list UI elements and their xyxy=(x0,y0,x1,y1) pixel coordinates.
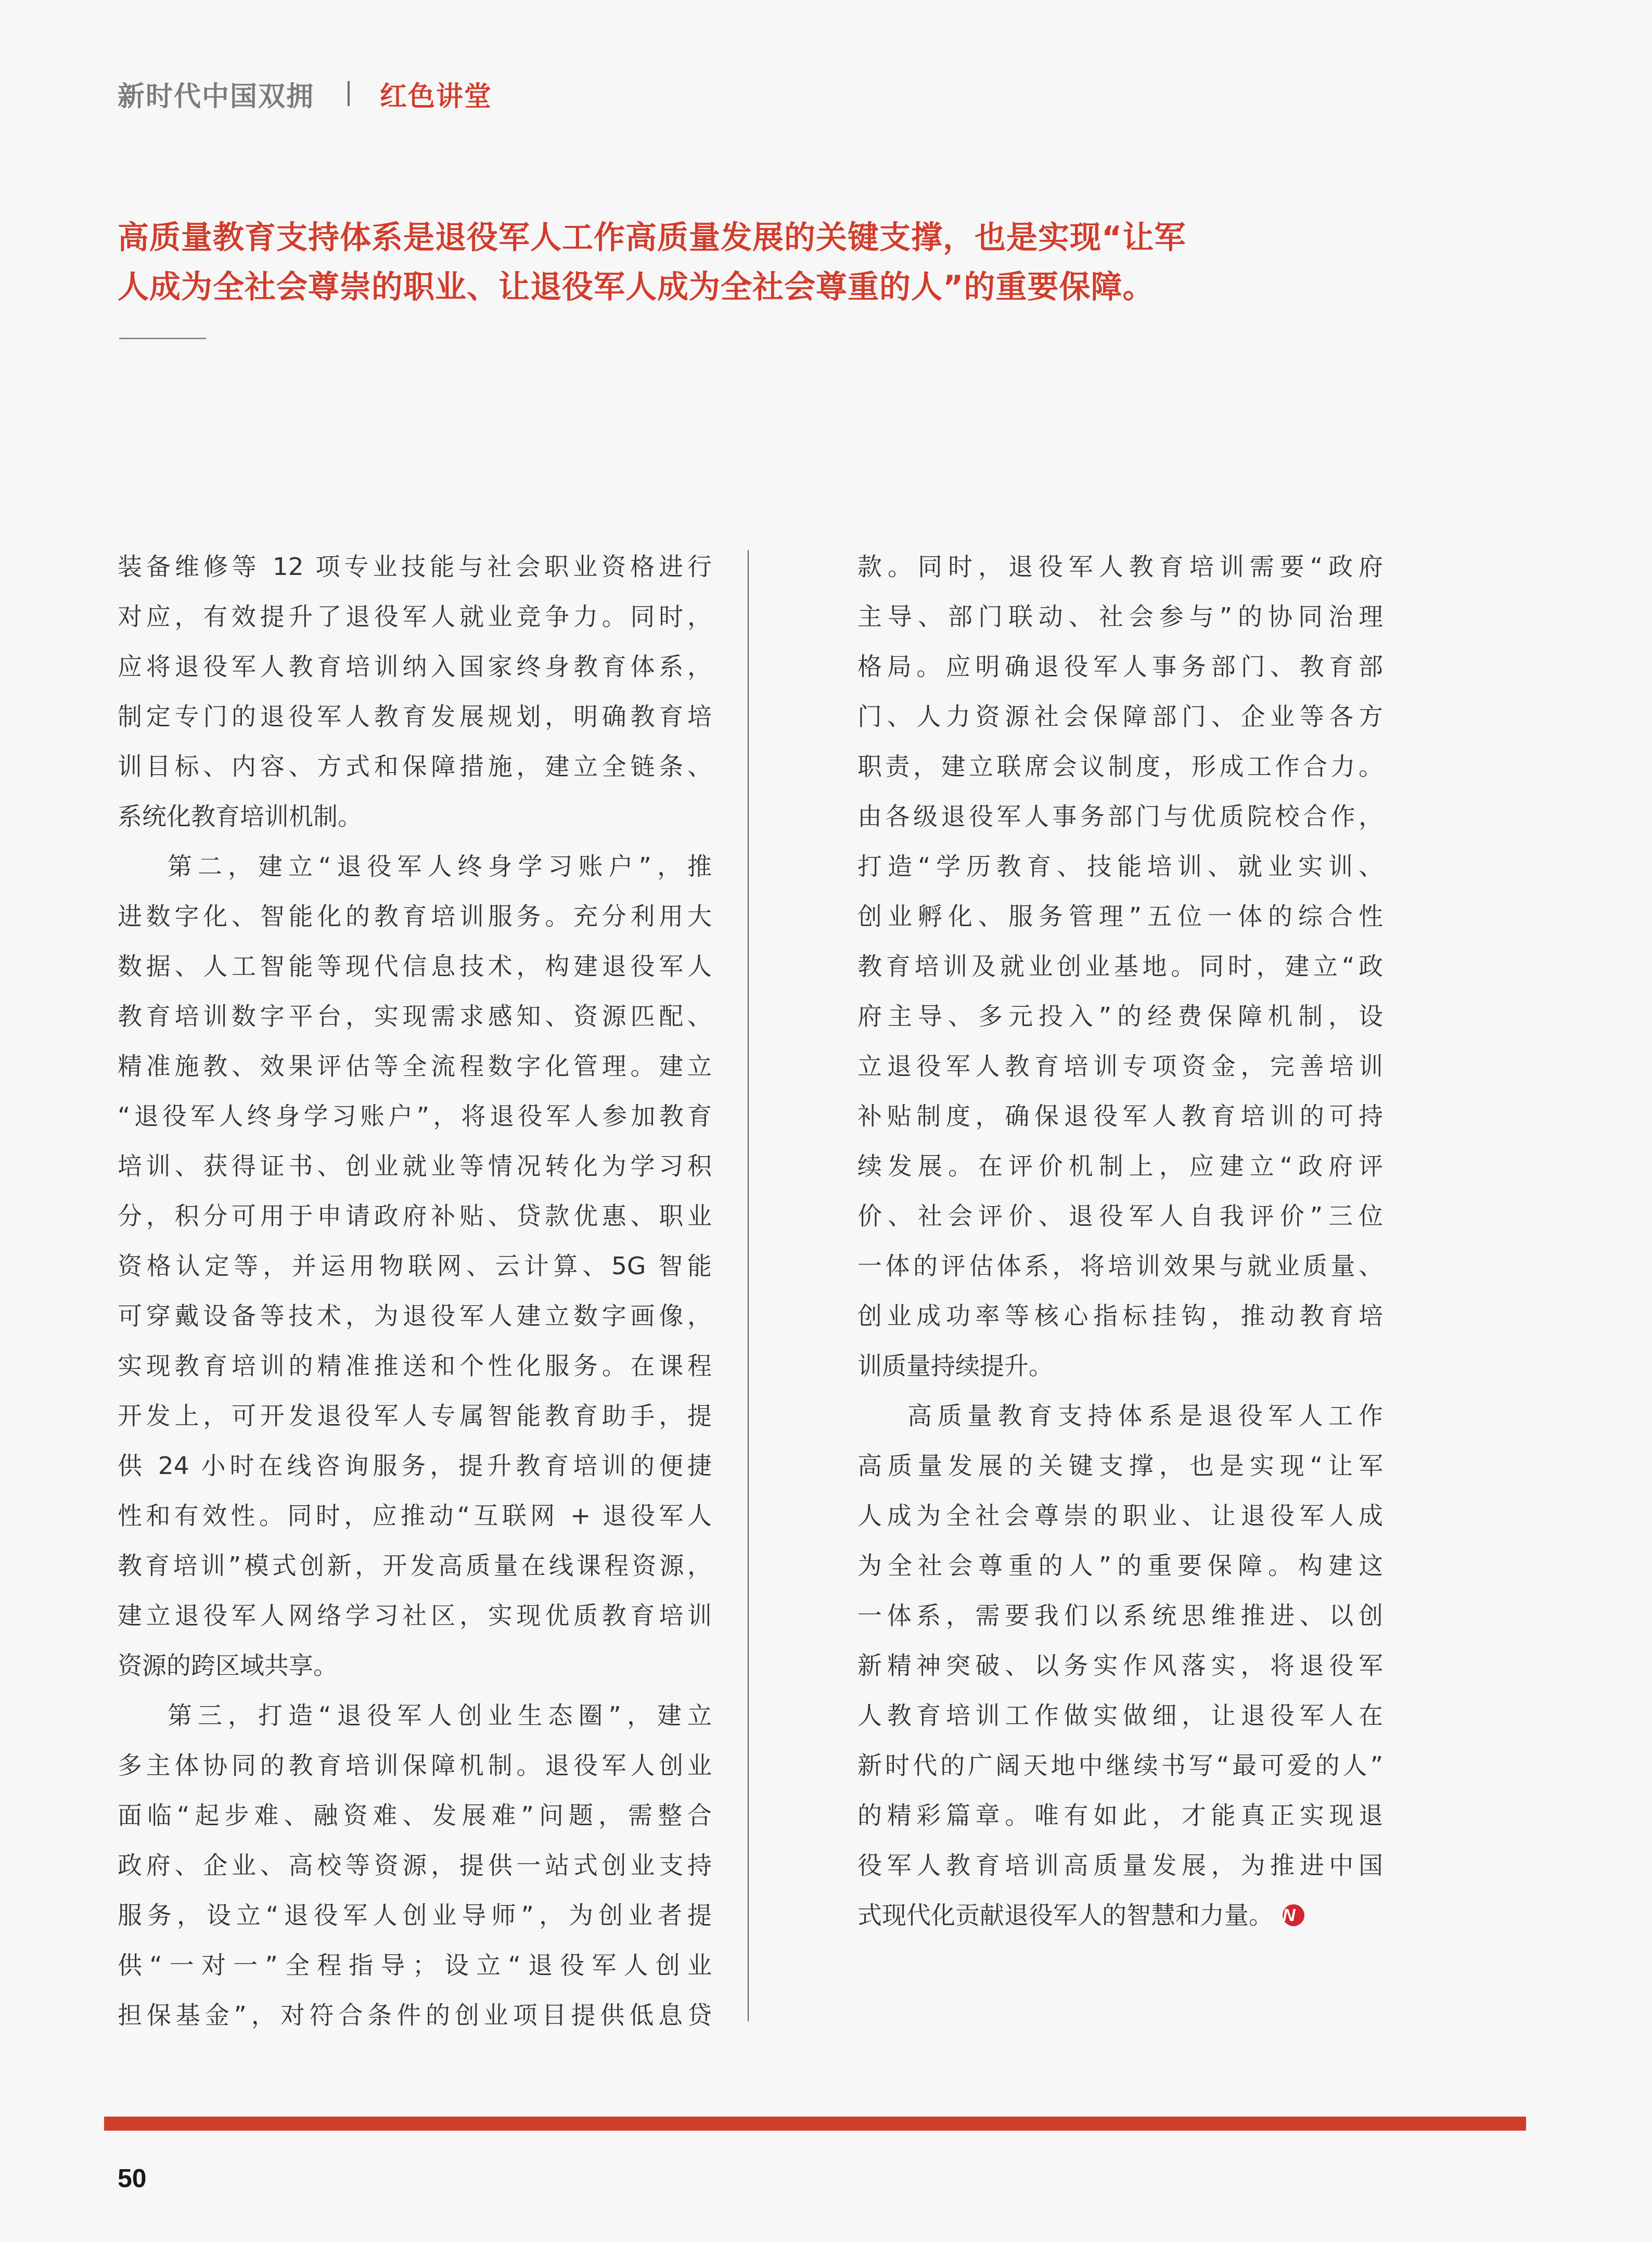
final-line: 式现代化贡献退役军人的智慧和力量。N xyxy=(857,1891,1383,1941)
text-line: 续发展。在评价机制上，应建立“政府评 xyxy=(857,1142,1383,1192)
text-line: 装备维修等 12 项专业技能与社会职业资格进行 xyxy=(118,542,712,592)
text-line: 为全社会尊重的人”的重要保障。构建这 xyxy=(857,1541,1383,1591)
column-divider xyxy=(748,550,749,2021)
text-line: 役军人教育培训高质量发展，为推进中国 xyxy=(857,1841,1383,1891)
header-separator xyxy=(348,81,350,106)
text-line: 主导、部门联动、社会参与”的协同治理 xyxy=(857,592,1383,642)
page-number: 50 xyxy=(118,2163,147,2194)
text-line: 打造“学历教育、技能培训、就业实训、 xyxy=(857,842,1383,892)
text-line: 格局。应明确退役军人事务部门、教育部 xyxy=(857,642,1383,692)
text-line: 政府、企业、高校等资源，提供一站式创业支持 xyxy=(118,1841,712,1891)
text-line: 新时代的广阔天地中继续书写“最可爱的人” xyxy=(857,1741,1383,1791)
paragraph-start: 第三，打造“退役军人创业生态圈”，建立 xyxy=(118,1691,712,1741)
body-column-right: 款。同时，退役军人教育培训需要“政府 主导、部门联动、社会参与”的协同治理 格局… xyxy=(857,542,1383,1941)
text-line: 价、社会评价、退役军人自我评价”三位 xyxy=(857,1192,1383,1241)
text-line: 府主导、多元投入”的经费保障机制，设 xyxy=(857,992,1383,1042)
text-line: 建立退役军人网络学习社区，实现优质教育培训 xyxy=(118,1591,712,1641)
text-line: 对应，有效提升了退役军人就业竞争力。同时， xyxy=(118,592,712,642)
text-line: 款。同时，退役军人教育培训需要“政府 xyxy=(857,542,1383,592)
pull-quote: 高质量教育支持体系是退役军人工作高质量发展的关键支撑，也是实现“让军 人成为全社… xyxy=(118,213,1314,312)
text-line: 培训、获得证书、创业就业等情况转化为学习积 xyxy=(118,1142,712,1192)
pull-quote-rule xyxy=(119,338,206,339)
text-line: 分，积分可用于申请政府补贴、贷款优惠、职业 xyxy=(118,1192,712,1241)
text-line: 制定专门的退役军人教育发展规划，明确教育培 xyxy=(118,692,712,742)
magazine-name: 新时代中国双拥 xyxy=(118,74,314,113)
body-column-left: 装备维修等 12 项专业技能与社会职业资格进行 对应，有效提升了退役军人就业竞争… xyxy=(118,542,712,2041)
n-logo-icon: N xyxy=(1283,1904,1304,1926)
text-line: 面临“起步难、融资难、发展难”问题，需整合 xyxy=(118,1791,712,1841)
text-line: 补贴制度，确保退役军人教育培训的可持 xyxy=(857,1092,1383,1142)
text-line: 训目标、内容、方式和保障措施，建立全链条、 xyxy=(118,742,712,792)
running-header: 新时代中国双拥 红色讲堂 xyxy=(118,73,492,114)
text-line: 系统化教育培训机制。 xyxy=(118,792,712,842)
text-line: 人成为全社会尊崇的职业、让退役军人成 xyxy=(857,1491,1383,1541)
text-line: 教育培训”模式创新，开发高质量在线课程资源， xyxy=(118,1541,712,1591)
text-line: 创业成功率等核心指标挂钩，推动教育培 xyxy=(857,1291,1383,1341)
paragraph-start: 第二，建立“退役军人终身学习账户”，推 xyxy=(118,842,712,892)
text-line: 服务，设立“退役军人创业导师”，为创业者提 xyxy=(118,1891,712,1941)
text-line: “退役军人终身学习账户”，将退役军人参加教育 xyxy=(118,1092,712,1142)
text-line: 教育培训及就业创业基地。同时，建立“政 xyxy=(857,942,1383,992)
text-line: 的精彩篇章。唯有如此，才能真正实现退 xyxy=(857,1791,1383,1841)
pull-quote-line: 人成为全社会尊崇的职业、让退役军人成为全社会尊重的人”的重要保障。 xyxy=(118,263,1314,312)
text-line: 可穿戴设备等技术，为退役军人建立数字画像， xyxy=(118,1291,712,1341)
pull-quote-line: 高质量教育支持体系是退役军人工作高质量发展的关键支撑，也是实现“让军 xyxy=(118,213,1314,263)
text-line: 供“一对一”全程指导；设立“退役军人创业 xyxy=(118,1941,712,1991)
text-line: 高质量发展的关键支撑，也是实现“让军 xyxy=(857,1441,1383,1491)
text-line: 应将退役军人教育培训纳入国家终身教育体系， xyxy=(118,642,712,692)
text-line: 由各级退役军人事务部门与优质院校合作， xyxy=(857,792,1383,842)
text-line: 新精神突破、以务实作风落实，将退役军 xyxy=(857,1641,1383,1691)
text-line: 精准施教、效果评估等全流程数字化管理。建立 xyxy=(118,1042,712,1092)
text-line: 立退役军人教育培训专项资金，完善培训 xyxy=(857,1042,1383,1092)
text-line: 数据、人工智能等现代信息技术，构建退役军人 xyxy=(118,942,712,992)
text-line: 式现代化贡献退役军人的智慧和力量。 xyxy=(857,1901,1273,1930)
text-line: 创业孵化、服务管理”五位一体的综合性 xyxy=(857,892,1383,942)
text-line: 资格认定等，并运用物联网、云计算、5G 智能 xyxy=(118,1241,712,1291)
text-line: 供 24 小时在线咨询服务，提升教育培训的便捷 xyxy=(118,1441,712,1491)
text-line: 资源的跨区域共享。 xyxy=(118,1641,712,1691)
text-line: 职责，建立联席会议制度，形成工作合力。 xyxy=(857,742,1383,792)
text-line: 教育培训数字平台，实现需求感知、资源匹配、 xyxy=(118,992,712,1042)
column-name: 红色讲堂 xyxy=(380,74,492,113)
text-line: 进数字化、智能化的教育培训服务。充分利用大 xyxy=(118,892,712,942)
text-line: 门、人力资源社会保障部门、企业等各方 xyxy=(857,692,1383,742)
text-line: 人教育培训工作做实做细，让退役军人在 xyxy=(857,1691,1383,1741)
text-line: 一体系，需要我们以系统思维推进、以创 xyxy=(857,1591,1383,1641)
text-line: 多主体协同的教育培训保障机制。退役军人创业 xyxy=(118,1741,712,1791)
text-line: 实现教育培训的精准推送和个性化服务。在课程 xyxy=(118,1341,712,1391)
text-line: 开发上，可开发退役军人专属智能教育助手，提 xyxy=(118,1391,712,1441)
paragraph-start: 高质量教育支持体系是退役军人工作 xyxy=(857,1391,1383,1441)
text-line: 训质量持续提升。 xyxy=(857,1341,1383,1391)
footer-bar xyxy=(104,2117,1526,2131)
text-line: 一体的评估体系，将培训效果与就业质量、 xyxy=(857,1241,1383,1291)
text-line: 担保基金”，对符合条件的创业项目提供低息贷 xyxy=(118,1991,712,2041)
text-line: 性和有效性。同时，应推动“互联网 + 退役军人 xyxy=(118,1491,712,1541)
